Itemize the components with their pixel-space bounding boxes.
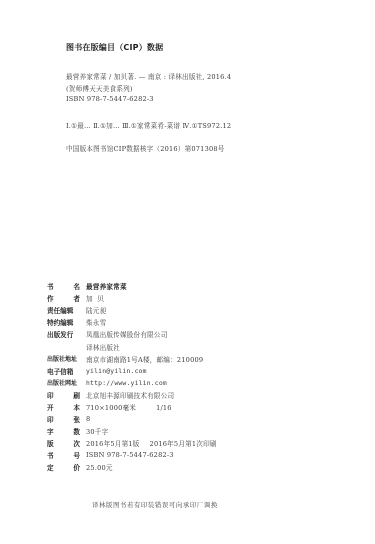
format-value: 710×1000毫米1/16: [86, 402, 172, 412]
info-label: 开 本: [47, 402, 80, 412]
info-row-printer: 印 刷 北京旭丰源印刷技术有限公司: [47, 389, 217, 401]
info-label: 责任编辑: [47, 305, 80, 315]
info-row-publisher-2: 译林出版社: [47, 340, 217, 352]
cip-heading: 图书在版编目（CIP）数据: [66, 42, 163, 53]
print-error-notice: 译林版图书若有印装错误可向承印厂调换: [92, 500, 218, 509]
info-label: 作 者: [47, 293, 80, 303]
info-label: 字 数: [47, 426, 80, 436]
sheets-value: 8: [86, 415, 90, 423]
info-label: 电子信箱: [47, 366, 80, 376]
copyright-page: 图书在版编目（CIP）数据 最营养家常菜 / 加贝著. — 南京 : 译林出版社…: [0, 0, 375, 544]
info-row-author: 作 者 加 贝: [47, 292, 217, 304]
info-label: 出版社网址: [47, 378, 80, 387]
info-label: 印 刷: [47, 390, 80, 400]
book-info-table: 书 名 最营养家常菜 作 者 加 贝 责任编辑 陆元昶 特约编辑 柴永雪: [47, 280, 217, 474]
info-row-format: 开 本 710×1000毫米1/16: [47, 401, 217, 413]
cip-series-line: (贺师傅天天美食系列): [66, 83, 133, 93]
info-row-address: 出版社地址 南京市湖南路1号A楼，邮编：210009: [47, 353, 217, 365]
isbn-value: ISBN 978-7-5447-6282-3: [86, 451, 174, 459]
info-label: 书 号: [47, 450, 80, 460]
info-label: 出版发行: [47, 329, 80, 339]
info-label: 书 名: [47, 281, 80, 291]
info-label: 印 张: [47, 414, 80, 424]
info-row-words: 字 数 30千字: [47, 425, 217, 437]
cip-title-line: 最营养家常菜 / 加贝著. — 南京 : 译林出版社, 2016.4: [66, 71, 231, 81]
info-label: 出版社地址: [47, 354, 80, 363]
word-count-value: 30千字: [86, 426, 108, 436]
cip-classification-line: Ⅰ.①最… Ⅱ.①加… Ⅲ.①家常菜肴-菜谱 Ⅳ.①TS972.12: [66, 120, 231, 130]
edition-value: 2016年5月第1版2016年5月第1次印刷: [86, 438, 217, 448]
info-label: 特约编辑: [47, 317, 80, 327]
email-link[interactable]: yilin@yilin.com: [86, 367, 147, 375]
publisher-imprint-value: 译林出版社: [86, 342, 120, 352]
editor-value: 陆元昶: [86, 305, 106, 315]
info-row-editor: 责任编辑 陆元昶: [47, 304, 217, 316]
info-row-price: 定 价 25.00元: [47, 461, 217, 473]
info-row-special-editor: 特约编辑 柴永雪: [47, 316, 217, 328]
publisher-value: 凤凰出版传媒股份有限公司: [86, 329, 168, 339]
address-value: 南京市湖南路1号A楼，邮编：210009: [86, 354, 203, 364]
printer-value: 北京旭丰源印刷技术有限公司: [86, 390, 174, 400]
info-row-publisher: 出版发行 凤凰出版传媒股份有限公司: [47, 328, 217, 340]
cip-isbn-line: ISBN 978-7-5447-6282-3: [66, 95, 154, 103]
author-value: 加 贝: [86, 293, 104, 303]
info-label: 版 次: [47, 438, 80, 448]
info-row-website: 出版社网址 http://www.yilin.com: [47, 377, 217, 389]
website-link[interactable]: http://www.yilin.com: [86, 379, 167, 387]
info-row-sheets: 印 张 8: [47, 413, 217, 425]
info-row-email: 电子信箱 yilin@yilin.com: [47, 365, 217, 377]
price-value: 25.00元: [86, 462, 113, 472]
book-title-value: 最营养家常菜: [86, 281, 127, 291]
info-label: 定 价: [47, 462, 80, 472]
info-row-edition: 版 次 2016年5月第1版2016年5月第1次印刷: [47, 437, 217, 449]
cip-record-number: 中国版本图书馆CIP数据核字（2016）第071308号: [66, 143, 225, 153]
special-editor-value: 柴永雪: [86, 317, 106, 327]
info-row-title: 书 名 最营养家常菜: [47, 280, 217, 292]
info-row-isbn: 书 号 ISBN 978-7-5447-6282-3: [47, 449, 217, 461]
